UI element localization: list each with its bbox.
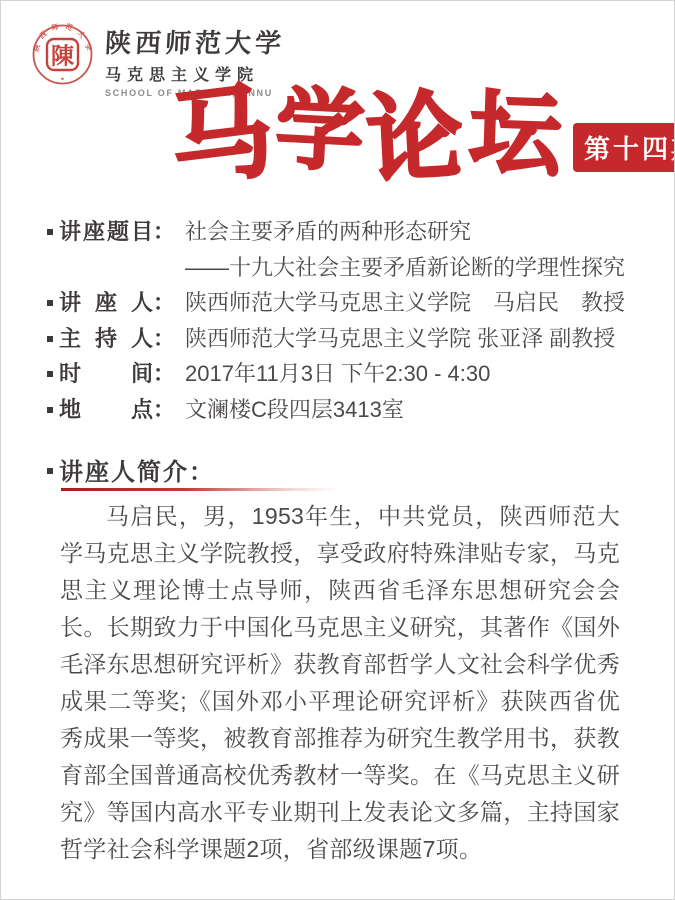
detail-label: 讲座题目 (59, 214, 153, 250)
bio-heading-row: 讲座人简介： (47, 452, 215, 487)
forum-title-char: 论 (364, 89, 465, 190)
bullet-square-icon (47, 468, 53, 474)
detail-label: 地点 (59, 392, 153, 428)
bullet-square-icon (47, 336, 53, 342)
lecture-title-line1: 社会主要矛盾的两种形态研究 (185, 214, 625, 250)
forum-title-row: 马 学 论 坛 第十四期 (171, 87, 675, 189)
detail-row-location: 地点 ： 文澜楼C段四层3413室 (47, 392, 637, 428)
forum-title: 马 学 论 坛 (171, 87, 561, 189)
seal-character: 陳 (51, 44, 74, 69)
forum-title-char: 坛 (468, 87, 563, 182)
detail-row-topic: 讲座题目 ： 社会主要矛盾的两种形态研究 ——十九大社会主要矛盾新论断的学理性探… (47, 214, 637, 285)
detail-content: 社会主要矛盾的两种形态研究 ——十九大社会主要矛盾新论断的学理性探究 (185, 214, 625, 285)
university-seal-icon: 陕西师范大学 陳 ★ (31, 23, 94, 86)
bullet-square-icon (47, 300, 53, 306)
detail-label: 时间 (59, 356, 153, 392)
detail-row-time: 时间 ： 2017年11月3日 下午2:30 - 4:30 (47, 356, 637, 392)
bullet-square-icon (47, 407, 53, 413)
bullet-square-icon (47, 371, 53, 377)
time-value: 2017年11月3日 下午2:30 - 4:30 (185, 356, 490, 392)
lecture-details: 讲座题目 ： 社会主要矛盾的两种形态研究 ——十九大社会主要矛盾新论断的学理性探… (47, 214, 637, 427)
detail-row-speaker: 讲座人 ： 陕西师范大学马克思主义学院 马启民 教授 (47, 285, 637, 321)
forum-title-char: 学 (273, 87, 366, 179)
location-value: 文澜楼C段四层3413室 (185, 392, 404, 428)
label-colon: ： (153, 392, 175, 428)
bio-heading-underline (61, 488, 339, 491)
speaker-value: 陕西师范大学马克思主义学院 马启民 教授 (185, 285, 625, 321)
detail-label: 讲座人 (59, 285, 153, 321)
issue-badge: 第十四期 (573, 123, 675, 172)
forum-title-char: 马 (165, 81, 279, 195)
bio-heading: 讲座人简介： (59, 452, 215, 487)
host-value: 陕西师范大学马克思主义学院 张亚泽 副教授 (185, 321, 615, 357)
speaker-biography: 马启民，男，1953年生，中共党员，陕西师范大学马克思主义学院教授，享受政府特殊… (60, 498, 620, 868)
detail-label: 主持人 (59, 321, 153, 357)
seal-star-icon: ★ (60, 77, 65, 83)
lecture-title-line2: ——十九大社会主要矛盾新论断的学理性探究 (185, 250, 625, 286)
label-colon: ： (153, 285, 175, 321)
bullet-square-icon (47, 229, 53, 235)
label-colon: ： (153, 356, 175, 392)
label-colon: ： (153, 214, 175, 250)
detail-row-host: 主持人 ： 陕西师范大学马克思主义学院 张亚泽 副教授 (47, 321, 637, 357)
label-colon: ： (153, 321, 175, 357)
lecture-poster: 陕西师范大学 陳 ★ 陕西师范大学 马克思主义学院 SCHOOL OF MARX… (0, 0, 675, 900)
university-name: 陕西师范大学 (104, 30, 285, 58)
